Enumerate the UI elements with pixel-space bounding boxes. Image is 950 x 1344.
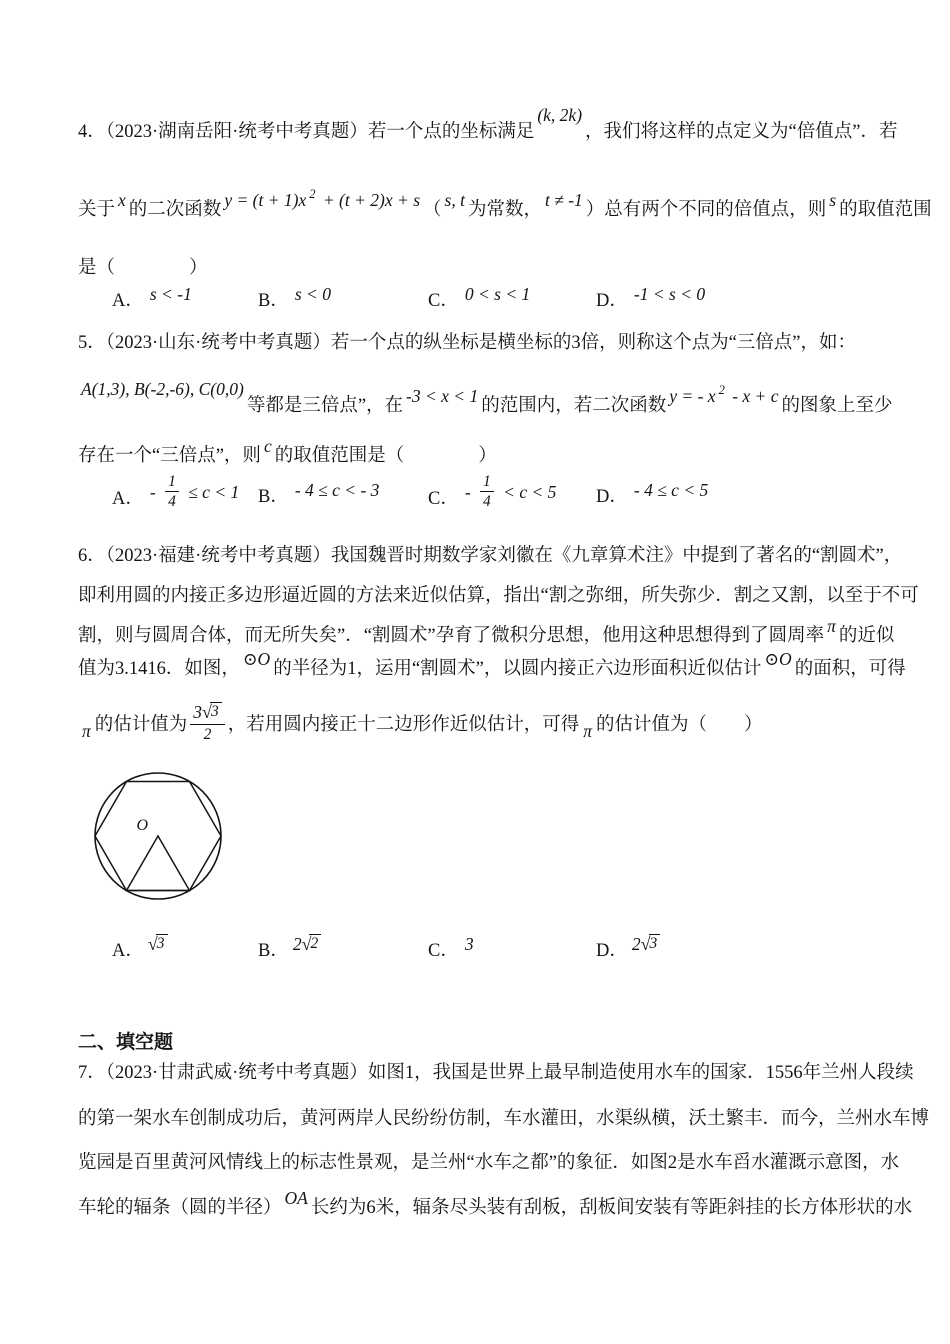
option-label: C． (428, 941, 459, 961)
math-raised-run: -3 < x < 1 (406, 386, 478, 406)
text-run: 5．（2023·山东·统考中考真题）若一个点的纵坐标是横坐标的3倍，则称这个点为… (78, 333, 856, 353)
option-value: 3 (463, 934, 476, 955)
option-value: 0 < s < 1 (463, 284, 532, 305)
math-raised-run: A(1,3), B(-2,-6), C(0,0) (81, 379, 244, 399)
fraction: 3√32 (190, 703, 224, 743)
text-run: 4．（2023·湖南岳阳·统考中考真题）若一个点的坐标满足 (78, 122, 534, 142)
option-label: D． (596, 291, 628, 311)
math-raised-run: ⊙O (764, 649, 791, 669)
text-run: 的范围内，若二次函数 (481, 396, 666, 416)
text-run: 车轮的辐条（圆的半径） (78, 1198, 282, 1218)
question-6-option-a: A．√3 (112, 936, 168, 962)
math-raised-run: y = (t + 1)x (224, 190, 306, 210)
text-run: 的取值范围 (839, 200, 932, 220)
text-run: 7．（2023·甘肃武威·统考中考真题）如图1，我国是世界上最早制造使用水车的国… (78, 1063, 914, 1083)
text-run: 的近似 (839, 626, 895, 646)
inscribed-hexagon-figure: O (82, 764, 238, 912)
math-raised-run: + (t + 2)x + s (318, 190, 420, 210)
option-label: B． (258, 941, 289, 961)
text-run: 长约为6米，辐条尽头装有刮板，刮板间安装有等距斜挂的长方体形状的水 (311, 1198, 912, 1218)
text-run: ，若用圆内接正十二边形作近似估计，可得 (228, 715, 580, 735)
radicand: 3 (210, 702, 222, 721)
math-raised-run: c (264, 436, 272, 456)
section-2-header: 二、填空题 (78, 1030, 173, 1056)
option-label: A． (112, 941, 144, 961)
question-6-options: A．√3 B．2√2 C．3 D．2√3 (78, 936, 878, 982)
question-4-line-1: 4．（2023·湖南岳阳·统考中考真题）若一个点的坐标满足(k, 2k)，我们将… (78, 118, 897, 145)
text-run: 的半径为1，运用“割圆术”，以圆内接正六边形面积近似估计 (273, 659, 761, 679)
fraction-denominator: 4 (165, 492, 179, 510)
option-label: A． (112, 489, 144, 509)
question-4-line-2: 关于x的二次函数y = (t + 1)x2 + (t + 2)x + s（s, … (78, 196, 932, 224)
option-label: A． (112, 291, 144, 311)
math-run: - 4 ≤ c < 5 (634, 480, 708, 500)
math-superscript: 2 (309, 187, 315, 201)
text-run: 为常数， (468, 200, 542, 220)
math-raised-run: ⊙O (243, 649, 270, 669)
math-raised-run: OA (285, 1188, 308, 1208)
option-value: s < 0 (293, 284, 333, 305)
question-5-option-d: D．- 4 ≤ c < 5 (596, 482, 710, 508)
question-6-line-2: 即利用圆的内接正多边形逼近圆的方法来近似估算，指出“割之弥细，所失弥少．割之又割… (78, 583, 919, 609)
math-raised-run: s (829, 190, 836, 210)
question-6-line-5: π的估计值为3√32，若用圆内接正十二边形作近似估计，可得π的估计值为（ ） (78, 706, 763, 746)
text-run: 的估计值为 (95, 715, 188, 735)
math-run: s < -1 (150, 284, 192, 304)
text-run: 值为3.1416．如图， (78, 659, 240, 679)
question-6-line-1: 6．（2023·福建·统考中考真题）我国魏晋时期数学家刘徽在《九章算术注》中提到… (78, 543, 902, 569)
question-6-line-4: 值为3.1416．如图，⊙O的半径为1，运用“割圆术”，以圆内接正六边形面积近似… (78, 655, 906, 682)
math-run: - (465, 482, 475, 502)
text-run: 的图象上至少 (781, 396, 892, 416)
center-label: O (136, 817, 148, 834)
math-raised-run: x (118, 190, 126, 210)
text-run: 即利用圆的内接正多边形逼近圆的方法来近似估算，指出“割之弥细，所失弥少．割之又割… (78, 586, 919, 606)
root-coefficient: 2 (632, 934, 641, 954)
root-coefficient: 2 (293, 934, 302, 954)
math-run: < c < 5 (499, 482, 557, 502)
square-root: 2√3 (632, 937, 660, 954)
text-run: ，我们将这样的点定义为“倍值点”．若 (585, 122, 897, 142)
question-4-option-a: A．s < -1 (112, 286, 194, 312)
question-7-line-1: 7．（2023·甘肃武威·统考中考真题）如图1，我国是世界上最早制造使用水车的国… (78, 1060, 914, 1086)
fraction-denominator: 2 (190, 725, 224, 743)
math-worksheet-page: 4．（2023·湖南岳阳·统考中考真题）若一个点的坐标满足(k, 2k)，我们将… (0, 0, 950, 1344)
question-5-line-3: 存在一个“三倍点”，则c的取值范围是（ ） (78, 442, 497, 469)
text-run: 的取值范围是（ ） (275, 446, 497, 466)
text-run: 存在一个“三倍点”，则 (78, 446, 261, 466)
math-run: s < 0 (295, 284, 331, 304)
math-raised-run: (k, 2k) (537, 105, 582, 125)
fraction: 14 (165, 473, 179, 510)
question-5-option-b: B．- 4 ≤ c < - 3 (258, 482, 381, 508)
option-value: - 14 ≤ c < 1 (148, 476, 241, 513)
fraction-denominator: 4 (480, 492, 494, 510)
option-label: D． (596, 941, 628, 961)
question-7-line-2: 的第一架水车创制成功后，黄河两岸人民纷纷仿制，车水灌田，水渠纵横，沃土繁丰．而今… (78, 1106, 929, 1132)
question-6-option-b: B．2√2 (258, 936, 321, 962)
text-run: 是（ ） (78, 258, 208, 278)
text-run: 等都是三倍点”，在 (247, 396, 403, 416)
radicand: 3 (156, 934, 168, 953)
question-5-option-c: C．- 14 < c < 5 (428, 482, 558, 519)
fraction-numerator: 1 (480, 473, 494, 492)
option-label: B． (258, 487, 289, 507)
text-run: ）总有两个不同的倍值点，则 (586, 200, 827, 220)
math-raised-run: - x + c (728, 386, 779, 406)
radicand: 2 (309, 934, 321, 953)
option-value: 2√3 (632, 934, 660, 955)
text-run: 关于 (78, 200, 115, 220)
triangle (127, 836, 190, 891)
fraction-numerator: 3√3 (190, 703, 224, 725)
question-4-line-3: 是（ ） (78, 255, 208, 281)
question-6-option-d: D．2√3 (596, 936, 660, 962)
option-value: - 4 ≤ c < 5 (632, 480, 710, 501)
question-6-option-c: C．3 (428, 936, 476, 962)
option-label: D． (596, 487, 628, 507)
question-5-line-1: 5．（2023·山东·统考中考真题）若一个点的纵坐标是横坐标的3倍，则称这个点为… (78, 330, 856, 356)
text-run: （ (423, 200, 442, 220)
root-coefficient: 3 (193, 702, 202, 722)
question-5-line-2: A(1,3), B(-2,-6), C(0,0)等都是三倍点”，在-3 < x … (78, 392, 893, 420)
radicand: 3 (649, 934, 661, 953)
text-run: 的估计值为（ ） (596, 715, 763, 735)
question-4-options: A．s < -1 B．s < 0 C．0 < s < 1 D．-1 < s < … (78, 286, 878, 332)
math-run: - (150, 482, 160, 502)
math-lowered-run: π (583, 721, 592, 741)
option-value: 2√2 (293, 934, 321, 955)
option-value: - 4 ≤ c < - 3 (293, 480, 382, 501)
option-value: -1 < s < 0 (632, 284, 707, 305)
text-run: 割，则与圆周合体，而无所失矣”．“割圆术”孕育了微积分思想，他用这种思想得到了圆… (78, 626, 824, 646)
math-lowered-run: π (82, 721, 91, 741)
text-run: 6．（2023·福建·统考中考真题）我国魏晋时期数学家刘徽在《九章算术注》中提到… (78, 546, 902, 566)
question-7-line-4: 车轮的辐条（圆的半径）OA长约为6米，辐条尽头装有刮板，刮板间安装有等距斜挂的长… (78, 1194, 912, 1221)
question-4-option-c: C．0 < s < 1 (428, 286, 532, 312)
math-run: 0 < s < 1 (465, 284, 530, 304)
text-run: 的第一架水车创制成功后，黄河两岸人民纷纷仿制，车水灌田，水渠纵横，沃土繁丰．而今… (78, 1109, 929, 1129)
text-run: 的二次函数 (129, 200, 222, 220)
math-run: 3 (465, 934, 474, 954)
option-value: - 14 < c < 5 (463, 476, 559, 513)
option-value: √3 (148, 934, 168, 955)
text-run: 的面积，可得 (795, 659, 906, 679)
math-raised-run: t ≠ -1 (545, 190, 583, 210)
question-5-option-a: A．- 14 ≤ c < 1 (112, 482, 241, 519)
option-label: C． (428, 489, 459, 509)
math-run: -1 < s < 0 (634, 284, 705, 304)
question-4-option-d: D．-1 < s < 0 (596, 286, 707, 312)
square-root: √3 (148, 937, 168, 954)
math-raised-run: s, t (445, 190, 465, 210)
math-raised-run: π (827, 616, 836, 636)
question-5-options: A．- 14 ≤ c < 1 B．- 4 ≤ c < - 3 C．- 14 < … (78, 482, 878, 528)
option-label: C． (428, 291, 459, 311)
option-label: B． (258, 291, 289, 311)
square-root: 2√2 (293, 937, 321, 954)
fraction: 14 (480, 473, 494, 510)
math-run: - 4 ≤ c < - 3 (295, 480, 380, 500)
math-superscript: 2 (719, 383, 725, 397)
question-6-line-3: 割，则与圆周合体，而无所失矣”．“割圆术”孕育了微积分思想，他用这种思想得到了圆… (78, 622, 894, 649)
question-4-option-b: B．s < 0 (258, 286, 333, 312)
text-run: 览园是百里黄河风情线上的标志性景观，是兰州“水车之都”的象征．如图2是水车舀水灌… (78, 1153, 899, 1173)
fraction-numerator: 1 (165, 473, 179, 492)
question-7-line-3: 览园是百里黄河风情线上的标志性景观，是兰州“水车之都”的象征．如图2是水车舀水灌… (78, 1150, 899, 1176)
math-raised-run: y = - x (669, 386, 715, 406)
math-run: ≤ c < 1 (184, 482, 239, 502)
option-value: s < -1 (148, 284, 194, 305)
